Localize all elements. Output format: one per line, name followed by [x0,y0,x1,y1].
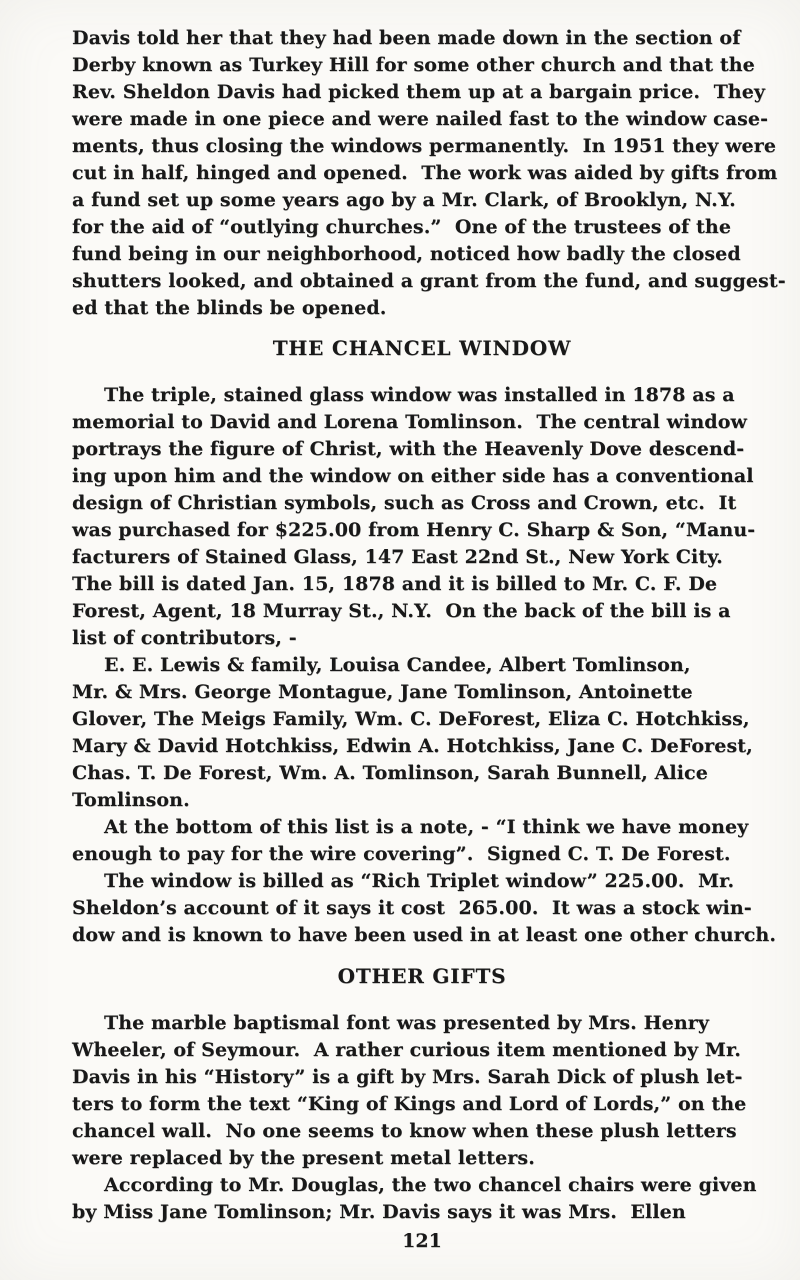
text-line: cut in half, hinged and opened. The work… [72,160,772,187]
note-paragraph: At the bottom of this list is a note, - … [72,814,772,868]
text-line: ments, thus closing the windows permanen… [72,133,772,160]
text-line: memorial to David and Lorena Tomlinson. … [72,409,772,436]
text-line: dow and is known to have been used in at… [72,922,772,949]
other-gifts-heading: OTHER GIFTS [72,963,772,990]
text-line: fund being in our neighborhood, noticed … [72,241,772,268]
text-line: for the aid of “outlying churches.” One … [72,214,772,241]
text-line: list of contributors, - [72,625,772,652]
text-line: portrays the figure of Christ, with the … [72,436,772,463]
text-line: The bill is dated Jan. 15, 1878 and it i… [72,571,772,598]
opening-paragraph: Davis told her that they had been made d… [72,25,772,322]
text-line: ed that the blinds be opened. [72,295,772,322]
text-line: Chas. T. De Forest, Wm. A. Tomlinson, Sa… [72,760,772,787]
text-line: The marble baptismal font was presented … [72,1010,772,1037]
chancel-chairs-paragraph: According to Mr. Douglas, the two chance… [72,1172,772,1226]
text-line: by Miss Jane Tomlinson; Mr. Davis says i… [72,1199,772,1226]
chancel-window-paragraph: The triple, stained glass window was ins… [72,382,772,652]
text-line: enough to pay for the wire covering”. Si… [72,841,772,868]
text-line: E. E. Lewis & family, Louisa Candee, Alb… [72,652,772,679]
text-line: Tomlinson. [72,787,772,814]
text-line: facturers of Stained Glass, 147 East 22n… [72,544,772,571]
text-line: Davis told her that they had been made d… [72,25,772,52]
chancel-window-heading: THE CHANCEL WINDOW [72,335,772,362]
text-line: Rev. Sheldon Davis had picked them up at… [72,79,772,106]
text-line: a fund set up some years ago by a Mr. Cl… [72,187,772,214]
contributors-list-paragraph: E. E. Lewis & family, Louisa Candee, Alb… [72,652,772,814]
page-number: 121 [72,1228,772,1255]
page-text-block: Davis told her that they had been made d… [0,0,800,1255]
text-line: At the bottom of this list is a note, - … [72,814,772,841]
text-line: ing upon him and the window on either si… [72,463,772,490]
text-line: were replaced by the present metal lette… [72,1145,772,1172]
text-line: design of Christian symbols, such as Cro… [72,490,772,517]
other-gifts-paragraph: The marble baptismal font was presented … [72,1010,772,1172]
text-line: were made in one piece and were nailed f… [72,106,772,133]
text-line: Glover, The Meigs Family, Wm. C. DeFores… [72,706,772,733]
billing-paragraph: The window is billed as “Rich Triplet wi… [72,868,772,949]
text-line: Mr. & Mrs. George Montague, Jane Tomlins… [72,679,772,706]
text-line: Forest, Agent, 18 Murray St., N.Y. On th… [72,598,772,625]
scanned-book-page: Davis told her that they had been made d… [0,0,800,1280]
text-line: Sheldon’s account of it says it cost 265… [72,895,772,922]
text-line: chancel wall. No one seems to know when … [72,1118,772,1145]
text-line: Mary & David Hotchkiss, Edwin A. Hotchki… [72,733,772,760]
text-line: shutters looked, and obtained a grant fr… [72,268,772,295]
text-line: According to Mr. Douglas, the two chance… [72,1172,772,1199]
text-line: was purchased for $225.00 from Henry C. … [72,517,772,544]
text-line: The window is billed as “Rich Triplet wi… [72,868,772,895]
text-line: Wheeler, of Seymour. A rather curious it… [72,1037,772,1064]
text-line: ters to form the text “King of Kings and… [72,1091,772,1118]
text-line: The triple, stained glass window was ins… [72,382,772,409]
text-line: Davis in his “History” is a gift by Mrs.… [72,1064,772,1091]
text-line: Derby known as Turkey Hill for some othe… [72,52,772,79]
